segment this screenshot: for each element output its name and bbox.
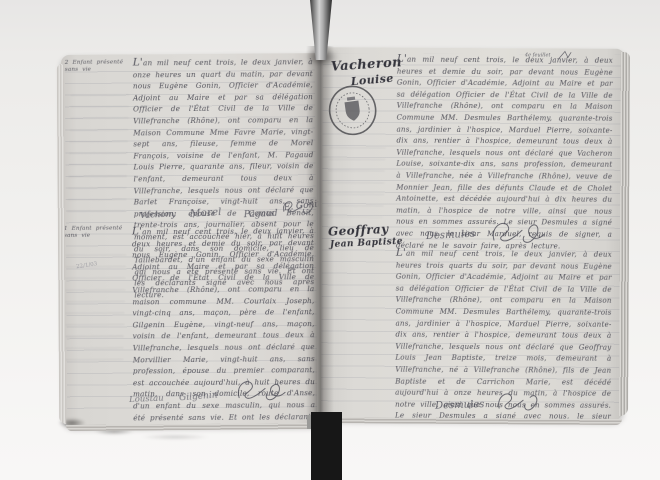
ink-showthrough (327, 147, 386, 217)
margin-note-stillborn-1: 2 Enfant présenté sans vie (65, 59, 131, 73)
signature-declarant: Vachony (140, 209, 176, 221)
signature-flourish (231, 375, 287, 405)
signature-flourish (486, 216, 546, 248)
signature-flourish (280, 197, 318, 217)
ink-showthrough (68, 94, 129, 216)
pencil-annotation: 22/1/03 (76, 261, 98, 270)
margin-note-stillborn-2: 1 Enfant présenté sans vie (64, 225, 130, 239)
signature-declarant: Morel (189, 206, 221, 220)
register-right-page: 4e feuillet Vacheron Louise L'an mil neu… (317, 47, 625, 421)
ink-showthrough (63, 254, 126, 366)
signature-declarant: Desmules (435, 399, 485, 411)
signature-declarant: Desmules (426, 229, 476, 242)
register-scan-photo: 2 Enfant présenté sans vie L'an mil neuf… (0, 0, 660, 480)
scan-smudge (140, 434, 210, 440)
margin-name-jean-baptiste: Jean Baptiste (330, 237, 403, 250)
signature-flourish (493, 388, 545, 416)
signature-declarant: Pagaud (244, 209, 278, 220)
page-stack-edge-bottom-right (322, 417, 622, 425)
register-left-page: 2 Enfant présenté sans vie L'an mil neuf… (61, 53, 322, 427)
signature-declarant: Loustau (129, 394, 164, 405)
official-round-stamp (323, 80, 382, 140)
book-cradle-clamp-bottom (311, 412, 342, 480)
page-stack-edge-right (619, 52, 630, 416)
margin-name-geoffray: Geoffray (328, 222, 389, 239)
page-stack-edge-bottom-left (66, 423, 318, 431)
